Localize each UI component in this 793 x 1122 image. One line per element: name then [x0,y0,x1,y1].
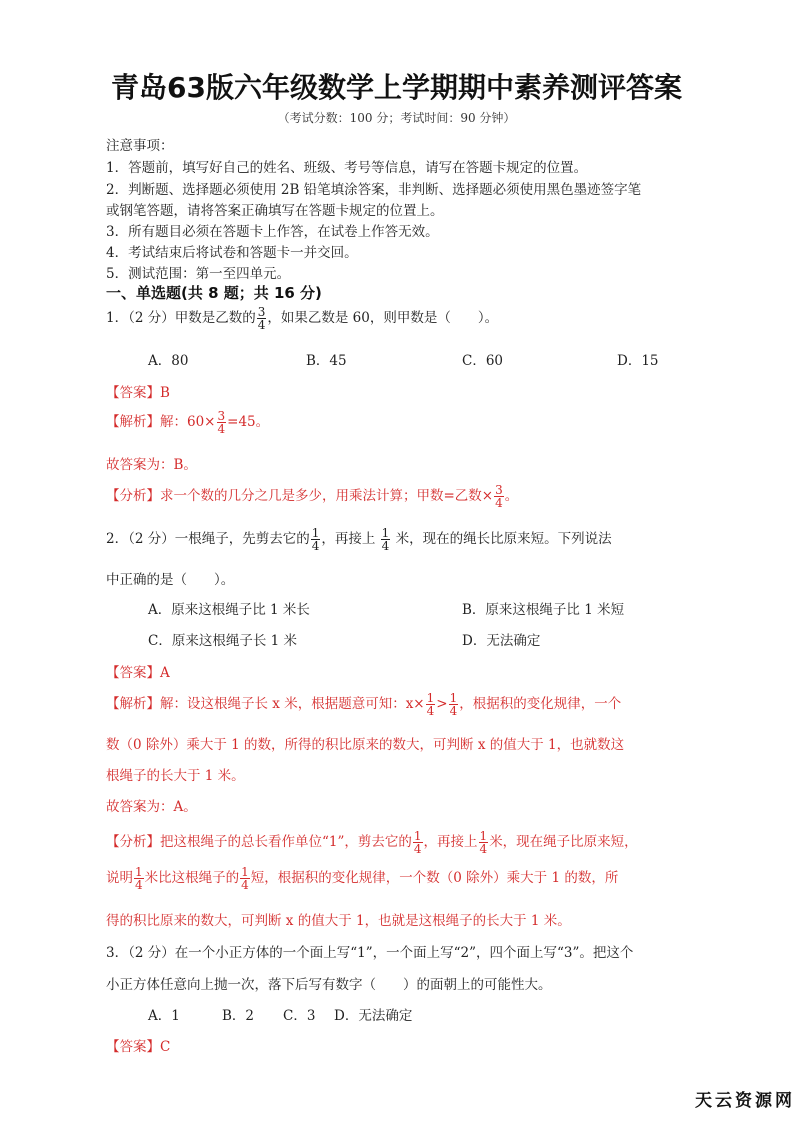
q1-option-c: C．60 [462,349,503,369]
fraction: 14 [381,527,391,552]
q1-stem-text: 1．（2 分）甲数是乙数的 [106,310,256,326]
q2-analysis-line3: 根绳子的长大于 1 米。 [106,764,245,784]
q2-option-d: D．无法确定 [462,629,540,649]
q3-option-b: B．2 [222,1004,254,1024]
notice-heading: 注意事项： [106,134,174,154]
question-3-stem: 3．（2 分）在一个小正方体的一个面上写“1”，一个面上写“2”，四个面上写“3… [106,941,633,961]
q2-option-c: C．原来这根绳子长 1 米 [148,629,297,649]
fraction: 14 [311,527,321,552]
q1-option-b: B．45 [306,349,347,369]
q1-option-a: A．80 [148,349,188,369]
q3-option-c: C．3 [283,1004,315,1024]
section-heading-single-choice: 一、单选题(共 8 题；共 16 分) [106,282,322,303]
fraction: 14 [134,866,144,891]
fraction: 14 [479,830,489,855]
q3-answer: 【答案】C [106,1035,170,1055]
fraction: 14 [413,830,423,855]
notice-item-1: 1．答题前，填写好自己的姓名、班级、考号等信息，请写在答题卡规定的位置。 [106,156,587,176]
notice-item-4: 4．考试结束后将试卷和答题卡一并交回。 [106,241,358,261]
fraction: 14 [426,692,436,717]
q3-option-a: A．1 [148,1004,180,1024]
q1-analysis: 【解析】解：60×34=45。 [106,410,269,435]
notice-item-3: 3．所有题目必须在答题卡上作答，在试卷上作答无效。 [106,220,439,240]
q2-fenxi-line2: 说明14米比这根绳子的14短，根据积的变化规律，一个数（0 除外）乘大于 1 的… [106,866,618,891]
q2-analysis: 【解析】解：设这根绳子长 x 米，根据题意可知：x×14>14，根据积的变化规律… [106,692,621,717]
question-3-stem-line2: 小正方体任意向上抛一次，落下后写有数字（ ）的面朝上的可能性大。 [106,973,552,993]
document-title: 青岛63版六年级数学上学期期中素养测评答案 [0,66,793,106]
q2-fenxi-line3: 得的积比原来的数大，可判断 x 的值大于 1，也就是这根绳子的长大于 1 米。 [106,909,571,929]
exam-info: （考试分数：100 分；考试时间：90 分钟） [0,109,793,126]
watermark-logo: 天云资源网 [695,1086,793,1111]
fraction: 34 [257,306,267,331]
notice-item-2-cont: 或钢笔答题，请将答案正确填写在答题卡规定的位置上。 [106,199,444,219]
q1-option-d: D．15 [617,349,659,369]
q1-stem-text-2: ，如果乙数是 60，则甲数是（ ）。 [267,310,498,326]
fraction: 34 [494,484,504,509]
notice-item-5: 5．测试范围：第一至四单元。 [106,262,290,282]
q2-option-a: A．原来这根绳子比 1 米长 [148,598,310,618]
q1-fenxi: 【分析】求一个数的几分之几是多少，用乘法计算；甲数=乙数×34。 [106,484,518,509]
q3-option-d: D．无法确定 [334,1004,412,1024]
question-1-stem: 1．（2 分）甲数是乙数的34，如果乙数是 60，则甲数是（ ）。 [106,306,498,331]
notice-item-2: 2．判断题、选择题必须使用 2B 铅笔填涂答案，非判断、选择题必须使用黑色墨迹签… [106,178,641,198]
q2-analysis-line2: 数（0 除外）乘大于 1 的数，所得的积比原来的数大，可判断 x 的值大于 1，… [106,733,624,753]
fraction: 14 [240,866,250,891]
q2-answer: 【答案】A [106,661,170,681]
question-2-stem: 2．（2 分）一根绳子，先剪去它的14，再接上 14 米，现在的绳长比原来短。下… [106,527,612,552]
q1-conclusion: 故答案为：B。 [106,453,197,473]
q2-option-b: B．原来这根绳子比 1 米短 [462,598,624,618]
q2-fenxi: 【分析】把这根绳子的总长看作单位“1”，剪去它的14，再接上14米，现在绳子比原… [106,830,638,855]
fraction: 14 [449,692,459,717]
q1-answer: 【答案】B [106,381,170,401]
fraction: 34 [217,410,227,435]
q2-conclusion: 故答案为：A。 [106,795,197,815]
question-2-stem-line2: 中正确的是（ ）。 [106,568,234,588]
